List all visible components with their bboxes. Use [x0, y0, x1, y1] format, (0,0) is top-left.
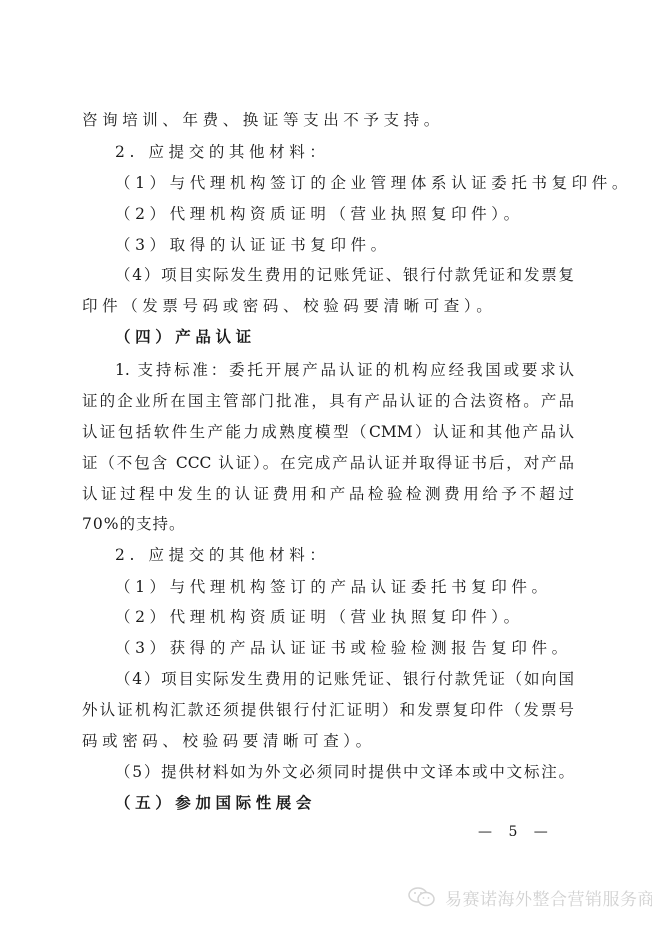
list-item: （3）获得的产品认证证书或检验检测报告复印件。: [115, 636, 574, 660]
list-item: （3）取得的认证证书复印件。: [115, 233, 574, 257]
wechat-icon: [407, 886, 437, 908]
paragraph-line: 认证过程中发生的认证费用和产品检验检测费用给予不超过: [82, 482, 574, 506]
section-heading-materials: 2. 应提交的其他材料：: [115, 543, 574, 567]
paragraph-line: 认证包括软件生产能力成熟度模型（CMM）认证和其他产品认: [82, 420, 574, 444]
list-item: （5）提供材料如为外文必须同时提供中文译本或中文标注。: [115, 760, 574, 784]
text-line: 印件（发票号码或密码、校验码要清晰可查）。: [82, 294, 574, 318]
list-item: （4）项目实际发生费用的记账凭证、银行付款凭证和发票复: [115, 263, 574, 287]
section-heading-exhibitions: （五）参加国际性展会: [115, 791, 574, 815]
text-line: 外认证机构汇款还须提供银行付汇证明）和发票复印件（发票号: [82, 698, 574, 722]
section-heading-materials: 2. 应提交的其他材料：: [115, 140, 574, 164]
paragraph-line: 证（不包含 CCC 认证）。在完成产品认证并取得证书后，对产品: [82, 451, 574, 475]
list-item: （1）与代理机构签订的产品认证委托书复印件。: [115, 575, 574, 599]
document-page: 咨询培训、年费、换证等支出不予支持。 2. 应提交的其他材料： （1）与代理机构…: [0, 0, 652, 925]
paragraph-line: 70%的支持。: [82, 512, 574, 536]
watermark: 易赛诺海外整合营销服务商: [407, 883, 652, 911]
list-item: （1）与代理机构签订的企业管理体系认证委托书复印件。: [115, 171, 574, 195]
text-line: 码或密码、校验码要清晰可查）。: [82, 729, 574, 753]
section-heading-product-certification: （四）产品认证: [115, 325, 574, 349]
watermark-text: 易赛诺海外整合营销服务商: [445, 885, 652, 910]
paragraph-line: 证的企业所在国主管部门批准，具有产品认证的合法资格。产品: [82, 389, 574, 413]
text-line: 咨询培训、年费、换证等支出不予支持。: [82, 108, 574, 132]
list-item: （4）项目实际发生费用的记账凭证、银行付款凭证（如向国: [115, 667, 574, 691]
list-item: （2）代理机构资质证明（营业执照复印件）。: [115, 202, 574, 226]
paragraph-line: 1. 支持标准：委托开展产品认证的机构应经我国或要求认: [115, 358, 574, 382]
page-number: — 5 —: [478, 820, 554, 844]
list-item: （2）代理机构资质证明（营业执照复印件）。: [115, 605, 574, 629]
